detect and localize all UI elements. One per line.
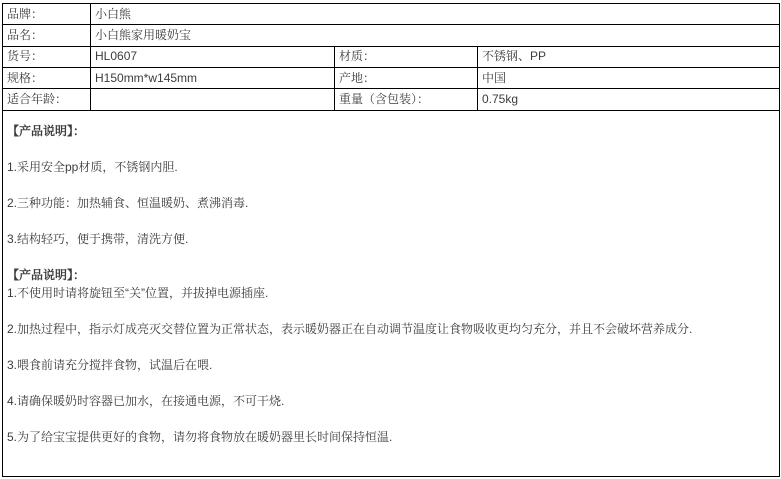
item-number-label: 货号： — [3, 46, 91, 67]
description-line: 4.请确保暖奶时容器已加水，在接通电源，不可干烧. — [7, 392, 775, 410]
product-name-value: 小白熊家用暖奶宝 — [91, 25, 780, 46]
material-label: 材质： — [335, 46, 478, 67]
description-line: 5.为了给宝宝提供更好的食物，请勿将食物放在暖奶器里长时间保持恒温. — [7, 428, 775, 446]
table-row-product-name: 品名： 小白熊家用暖奶宝 — [3, 25, 780, 46]
size-value: H150mm*w145mm — [91, 68, 335, 89]
material-value: 不锈钢、PP — [478, 46, 780, 67]
item-number-value: HL0607 — [91, 46, 335, 67]
table-row-brand: 品牌： 小白熊 — [3, 4, 780, 25]
description-line: 2.加热过程中，指示灯成亮灭交替位置为正常状态，表示暖奶器正在自动调节温度让食物… — [7, 320, 775, 338]
description-section1-heading: 【产品说明】： — [7, 122, 775, 140]
weight-label: 重量（含包装）： — [335, 89, 478, 110]
brand-label: 品牌： — [3, 4, 91, 25]
description-line: 1.不使用时请将旋钮至“关”位置，并拔掉电源插座. — [7, 284, 775, 302]
table-row-description: 【产品说明】： 1.采用安全pp材质，不锈钢内胆. 2.三种功能：加热辅食、恒温… — [3, 110, 780, 476]
product-spec-table: 品牌： 小白熊 品名： 小白熊家用暖奶宝 货号： HL0607 材质： 不锈钢、… — [2, 3, 780, 477]
table-row-item-number-material: 货号： HL0607 材质： 不锈钢、PP — [3, 46, 780, 67]
description-line: 1.采用安全pp材质，不锈钢内胆. — [7, 158, 775, 176]
description-section2-heading: 【产品说明】： — [7, 266, 775, 284]
origin-label: 产地： — [335, 68, 478, 89]
age-label: 适合年龄： — [3, 89, 91, 110]
brand-value: 小白熊 — [91, 4, 780, 25]
table-row-size-origin: 规格： H150mm*w145mm 产地： 中国 — [3, 68, 780, 89]
origin-value: 中国 — [478, 68, 780, 89]
size-label: 规格： — [3, 68, 91, 89]
description-line: 2.三种功能：加热辅食、恒温暖奶、煮沸消毒. — [7, 194, 775, 212]
description-line: 3.结构轻巧，便于携带，清洗方便. — [7, 230, 775, 248]
product-spec-page: 品牌： 小白熊 品名： 小白熊家用暖奶宝 货号： HL0607 材质： 不锈钢、… — [0, 0, 781, 479]
product-name-label: 品名： — [3, 25, 91, 46]
age-value — [91, 89, 335, 110]
weight-value: 0.75kg — [478, 89, 780, 110]
product-description-cell: 【产品说明】： 1.采用安全pp材质，不锈钢内胆. 2.三种功能：加热辅食、恒温… — [3, 110, 780, 476]
table-row-age-weight: 适合年龄： 重量（含包装）： 0.75kg — [3, 89, 780, 110]
description-line: 3.喂食前请充分搅拌食物，试温后在喂. — [7, 356, 775, 374]
